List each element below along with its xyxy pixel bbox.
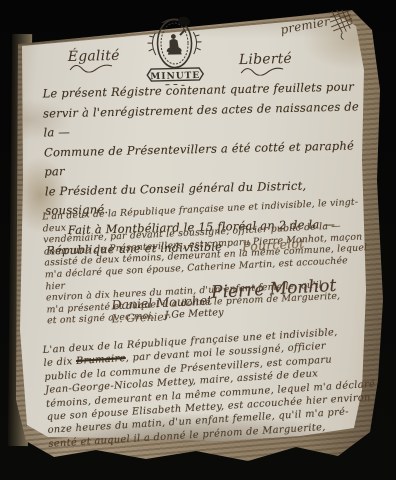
hatch-mark-icon (328, 8, 355, 41)
seated-figure-glyph (166, 29, 186, 54)
motto-egalite-label: Égalité (68, 48, 120, 65)
mettey-officiant-signature: J.Ge Mettey (165, 307, 225, 321)
page-content: premier (0, 0, 396, 480)
minute-stamp: MINUTE (142, 12, 208, 89)
acte2-line2-pre: le dix (43, 356, 76, 369)
acte-paragraph-2: L'an deux de la République française une… (42, 324, 380, 451)
motto-liberte-label: Liberté (239, 51, 292, 68)
motto-egalite: Égalité (68, 48, 120, 73)
folio-label: premier (279, 14, 331, 37)
scanned-register-page: premier (0, 0, 396, 480)
motto-liberte: Liberté (239, 51, 293, 76)
ink-blot (177, 15, 191, 27)
grenier-signature: L. Grenier (112, 310, 170, 325)
struck-word: Brumaire (76, 353, 126, 367)
